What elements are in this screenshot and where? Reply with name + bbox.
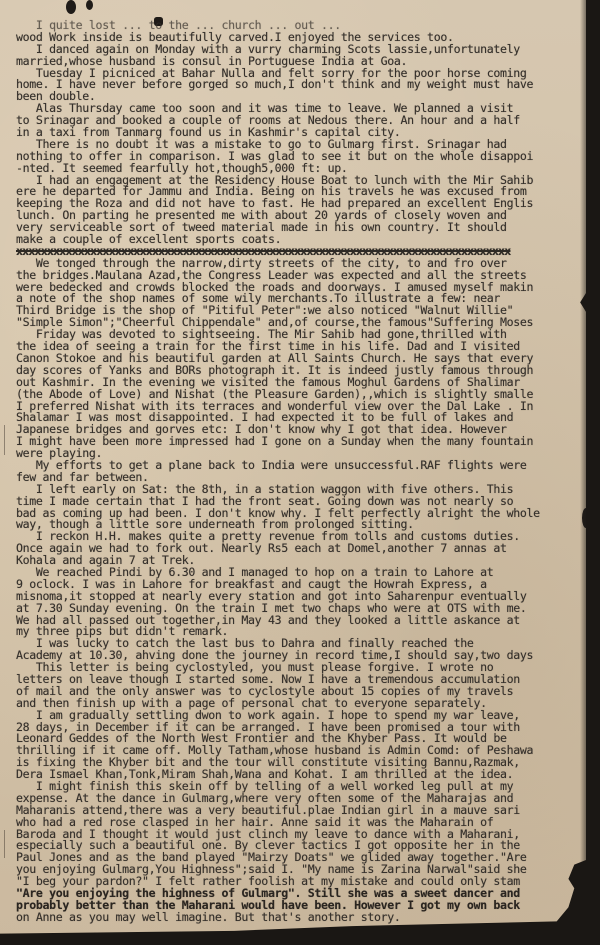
text-line: on Anne as you may well imagine. But tha… <box>16 912 588 924</box>
letter-page: I quite lost ... to the ... church ... o… <box>0 0 586 945</box>
scan-edge <box>580 0 600 945</box>
margin-mark <box>4 425 5 455</box>
ink-blot <box>86 0 93 10</box>
ink-blot <box>66 0 76 14</box>
margin-mark <box>4 830 5 858</box>
letter-body: I quite lost ... to the ... church ... o… <box>16 20 588 924</box>
text-line: home. I have never before gorged so much… <box>16 79 588 91</box>
